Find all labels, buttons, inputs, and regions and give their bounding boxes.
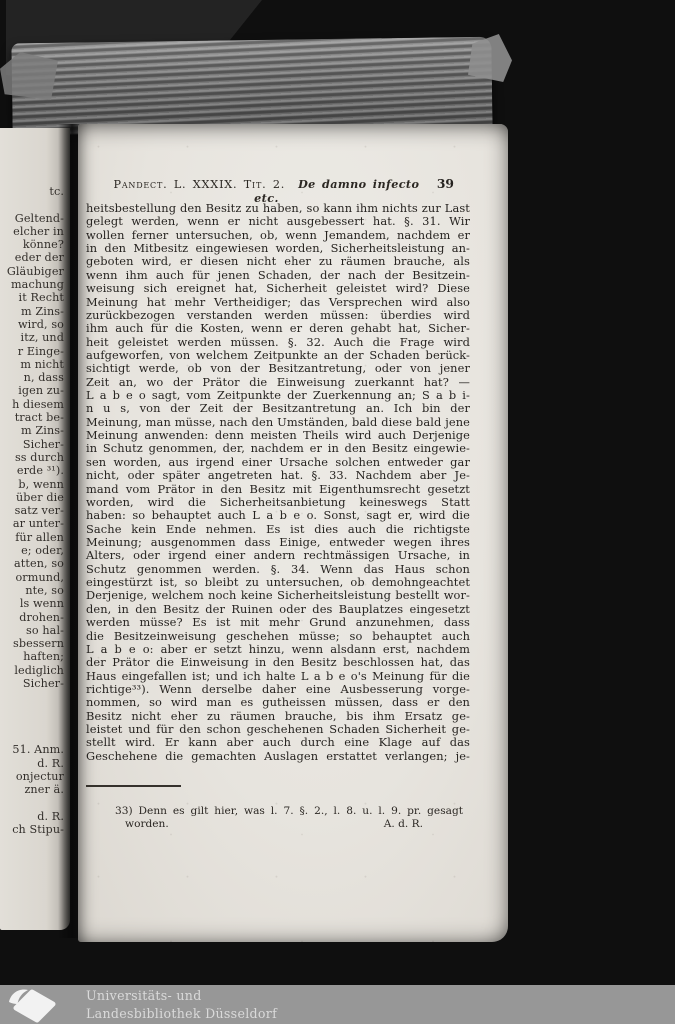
text-line: ar unter- (0, 517, 64, 530)
text-line (0, 717, 64, 730)
footnote-line-2-left: worden. (125, 818, 169, 831)
text-line (0, 198, 64, 211)
text-line: satz ver- (0, 504, 64, 517)
text-line (0, 730, 64, 743)
text-line: stellt wird. Er kann aber auch durch ein… (86, 736, 470, 749)
text-line: geboten wird, er diesen nicht eher zu rä… (86, 255, 470, 268)
text-line: m nicht (0, 358, 64, 371)
text-line: haften; (0, 650, 64, 663)
text-line: atten, so (0, 557, 64, 570)
scanned-page: Pandect. L. XXXIX. Tit. 2. De damno infe… (78, 124, 508, 942)
text-line: tract be- (0, 411, 64, 424)
library-name-line2: Landesbibliothek Düsseldorf (86, 1005, 277, 1023)
text-line: Besitz nicht eher zu räumen brauche, bis… (86, 710, 470, 723)
text-line: m Zins- (0, 305, 64, 318)
text-line: L a b e o sagt, vom Zeitpunkte der Zuerk… (86, 389, 470, 402)
footnote: 33) Denn es gilt hier, was l. 7. §. 2., … (125, 805, 463, 831)
text-line: aufgeworfen, von welchem Zeitpunkte an d… (86, 349, 470, 362)
text-line: d. R. (0, 810, 64, 823)
text-line: nicht, oder später angetreten hat. §. 33… (86, 469, 470, 482)
text-line: für allen (0, 531, 64, 544)
text-line: wird, so (0, 318, 64, 331)
text-line: ihm auch für die Kosten, wenn er deren g… (86, 322, 470, 335)
text-line: lediglich (0, 664, 64, 677)
page-number: 39 (437, 176, 454, 191)
text-line: zner ä. (0, 783, 64, 796)
text-line: wollen ferner untersuchen, ob, wenn Jema… (86, 229, 470, 242)
text-line: Sicher- (0, 677, 64, 690)
footnote-editor-mark: A. d. R. (384, 818, 463, 831)
footnote-divider-rule (86, 785, 181, 787)
text-line: den, in den Besitz der Ruinen oder des B… (86, 603, 470, 616)
text-line: könne? (0, 238, 64, 251)
book-top-page-edges (11, 37, 492, 136)
text-line: Meinung; ausgenommen dass Einige, entwed… (86, 536, 470, 549)
text-line: itz, und (0, 331, 64, 344)
text-line: in Schutz genommen, der, nachdem er in d… (86, 442, 470, 455)
text-line: h diesem (0, 398, 64, 411)
ulb-logo-icon (6, 987, 58, 1023)
text-line (0, 797, 64, 810)
text-line: Meinung, man müsse, nach den Umständen, … (86, 416, 470, 429)
text-line: L a b e o: aber er setzt hinzu, wenn als… (86, 643, 470, 656)
text-line: Derjenige, welchem noch keine Sicherheit… (86, 589, 470, 602)
text-line: it Recht (0, 291, 64, 304)
text-line: elcher in (0, 225, 64, 238)
footnote-line-1: 33) Denn es gilt hier, was l. 7. §. 2., … (125, 805, 463, 818)
footnote-line-2: worden. A. d. R. (125, 818, 463, 831)
text-line: gelegt werden, wenn er nicht ausgebesser… (86, 215, 470, 228)
text-line: ch Stipu- (0, 823, 64, 836)
text-line: Gläubiger (0, 265, 64, 278)
text-line: worden, wird die Sicherheitsanbietung ke… (86, 496, 470, 509)
text-line: eingestürzt ist, so bleibt zu untersuche… (86, 576, 470, 589)
text-line: ls wenn (0, 597, 64, 610)
text-line: Haus eingefallen ist; und ich halte L a … (86, 670, 470, 683)
text-line: Geschehene die gemachten Auslagen erstat… (86, 750, 470, 763)
text-line: zurückbezogen verstanden werden müssen: … (86, 309, 470, 322)
text-line: m Zins- (0, 424, 64, 437)
text-line: machung (0, 278, 64, 291)
facing-page-text-fragments: tc. Geltend-elcher inkönne?eder derGläub… (0, 185, 64, 837)
text-line: nte, so (0, 584, 64, 597)
text-line: Alters, oder irgend einer andern rechtmä… (86, 549, 470, 562)
text-line: über die (0, 491, 64, 504)
text-line: sbessern (0, 637, 64, 650)
text-line: ormund, (0, 571, 64, 584)
text-line: drohen- (0, 611, 64, 624)
library-footer-bar: Universitäts- und Landesbibliothek Düsse… (0, 985, 675, 1024)
text-line: wenn ihm auch für jenen Schaden, der nac… (86, 269, 470, 282)
text-line: Meinung anwenden: denn meisten Theils wi… (86, 429, 470, 442)
text-line: in den Mitbesitz eingewiesen worden, Sic… (86, 242, 470, 255)
text-line: eder der (0, 251, 64, 264)
text-line: b, wenn (0, 478, 64, 491)
text-line: so hal- (0, 624, 64, 637)
text-line: onjectur (0, 770, 64, 783)
text-line: e; oder, (0, 544, 64, 557)
text-line: sen worden, aus irgend einer Ursache sol… (86, 456, 470, 469)
text-line: n u s, von der Zeit der Besitzantretung … (86, 402, 470, 415)
text-line: d. R. (0, 757, 64, 770)
text-line: Zeit an, wo der Prätor die Einweisung zu… (86, 376, 470, 389)
text-line: werden müsse? Es ist mit mehr Grund anzu… (86, 616, 470, 629)
text-line: Meinung hat mehr Vertheidiger; das Versp… (86, 296, 470, 309)
running-header-caps: Pandect. L. XXXIX. Tit. 2. (114, 178, 286, 191)
text-line: igen zu- (0, 384, 64, 397)
text-line: leistet und für den schon geschehenen Sc… (86, 723, 470, 736)
page-body-text: heitsbestellung den Besitz zu haben, so … (86, 202, 470, 763)
text-line: Schutz genommen werden. §. 34. Wenn das … (86, 563, 470, 576)
text-line: weisung sich ereignet hat, Sicherheit ge… (86, 282, 470, 295)
text-line: richtige³³). Wenn derselbe daher eine Au… (86, 683, 470, 696)
text-line: heit geleistet werden müssen. §. 32. Auc… (86, 336, 470, 349)
text-line (0, 690, 64, 703)
library-name-line1: Universitäts- und (86, 987, 277, 1005)
text-line: n, dass (0, 371, 64, 384)
text-line: Geltend- (0, 212, 64, 225)
text-line: erde ³¹). (0, 464, 64, 477)
text-line: haben: so behauptet auch L a b e o. Sons… (86, 509, 470, 522)
book-scan-photo: tc. Geltend-elcher inkönne?eder derGläub… (0, 0, 675, 1024)
text-line: sichtigt werde, ob von der Besitzantretu… (86, 362, 470, 375)
text-line (0, 704, 64, 717)
library-name: Universitäts- und Landesbibliothek Düsse… (86, 987, 277, 1022)
text-line: tc. (0, 185, 64, 198)
text-line: mand vom Prätor in den Besitz mit Eigent… (86, 483, 470, 496)
text-line: 51. Anm. (0, 743, 64, 756)
text-line: die Besitzeinweisung geschehen müsse; so… (86, 630, 470, 643)
text-line: der Prätor die Einweisung in den Besitz … (86, 656, 470, 669)
text-line: r Einge- (0, 345, 64, 358)
text-line: nommen, so wird man es gutheissen müssen… (86, 696, 470, 709)
text-line: ss durch (0, 451, 64, 464)
text-line: Sache kein Ende nehmen. Es ist dies auch… (86, 523, 470, 536)
text-line: heitsbestellung den Besitz zu haben, so … (86, 202, 470, 215)
text-line: Sicher- (0, 438, 64, 451)
